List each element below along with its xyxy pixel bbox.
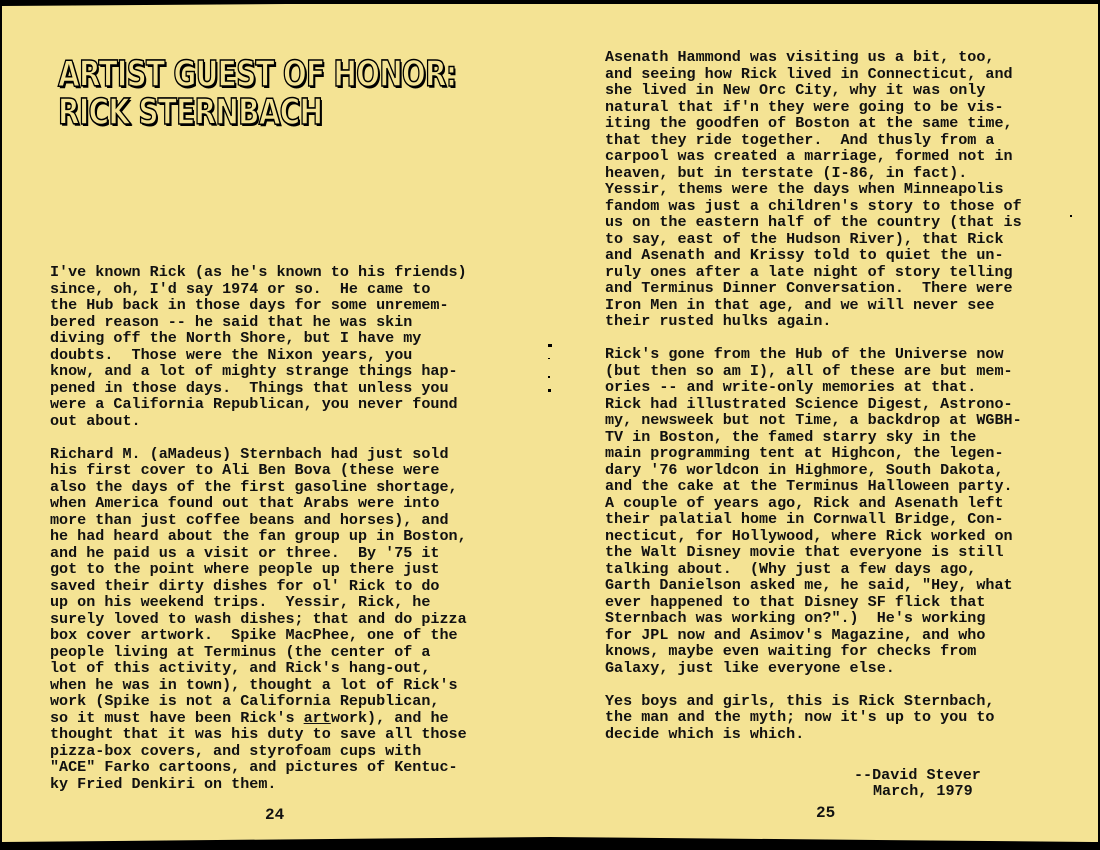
text-line: diving off the North Shore, but I have m… — [50, 330, 467, 347]
text-line: for JPL now and Asimov's Magazine, and w… — [605, 627, 1022, 644]
page-number-right: 25 — [816, 804, 835, 822]
text-line: Rick had illustrated Science Digest, Ast… — [605, 396, 1022, 413]
text-line: lot of this activity, and Rick's hang-ou… — [50, 660, 467, 677]
text-line: (but then so am I), all of these are but… — [605, 363, 1022, 380]
text-line: natural that if'n they were going to be … — [605, 99, 1022, 116]
text-line: Sternbach was working on?".) He's workin… — [605, 610, 1022, 627]
scanned-page-spread: ARTIST GUEST OF HONOR:RICK STERNBACH I'v… — [2, 4, 1098, 842]
text-line: Yessir, thems were the days when Minneap… — [605, 181, 1022, 198]
text-line: the Walt Disney movie that everyone is s… — [605, 544, 1022, 561]
text-line: more than just coffee beans and horses),… — [50, 512, 467, 529]
text-line: iting the goodfen of Boston at the same … — [605, 115, 1022, 132]
text-line: box cover artwork. Spike MacPhee, one of… — [50, 627, 467, 644]
article-title: ARTIST GUEST OF HONOR:RICK STERNBACH — [58, 56, 456, 132]
text-line: got to the point where people up there j… — [50, 561, 467, 578]
text-line: so it must have been Rick's artwork), an… — [50, 710, 467, 727]
text-line: the Hub back in those days for some unre… — [50, 297, 467, 314]
title-line-1: ARTIST GUEST OF HONOR: — [58, 56, 456, 94]
text-line: and Asenath and Krissy told to quiet the… — [605, 247, 1022, 264]
text-line: carpool was created a marriage, formed n… — [605, 148, 1022, 165]
text-line: pizza-box covers, and styrofoam cups wit… — [50, 743, 467, 760]
text-line: thought that it was his duty to save all… — [50, 726, 467, 743]
text-line: ories -- and write-only memories at that… — [605, 379, 1022, 396]
text-line: work (Spike is not a California Republic… — [50, 693, 467, 710]
text-line: out about. — [50, 413, 467, 430]
text-line: Rick's gone from the Hub of the Universe… — [605, 346, 1022, 363]
text-line: and the cake at the Terminus Halloween p… — [605, 478, 1022, 495]
text-line: Iron Men in that age, and we will never … — [605, 297, 1022, 314]
text-line: and he paid us a visit or three. By '75 … — [50, 545, 467, 562]
text-line: pened in those days. Things that unless … — [50, 380, 467, 397]
text-line: Garth Danielson asked me, he said, "Hey,… — [605, 577, 1022, 594]
text-line: dary '76 worldcon in Highmore, South Dak… — [605, 462, 1022, 479]
text-line: A couple of years ago, Rick and Asenath … — [605, 495, 1022, 512]
text-line: his first cover to Ali Ben Bova (these w… — [50, 462, 467, 479]
text-line: us on the eastern half of the country (t… — [605, 214, 1022, 231]
page-number-left: 24 — [265, 806, 284, 824]
gutter-mark — [548, 376, 550, 378]
text-line: my, newsweek but not Time, a backdrop at… — [605, 412, 1022, 429]
underlined-word: art — [304, 709, 331, 727]
right-paragraph: Asenath Hammond was visiting us a bit, t… — [605, 49, 1022, 330]
text-line: ruly ones after a late night of story te… — [605, 264, 1022, 281]
gutter-mark — [548, 344, 552, 347]
text-line: also the days of the first gasoline shor… — [50, 479, 467, 496]
text-line: up on his weekend trips. Yessir, Rick, h… — [50, 594, 467, 611]
text-line: heaven, but in terstate (I-86, in fact). — [605, 165, 1022, 182]
text-line: TV in Boston, the famed starry sky in th… — [605, 429, 1022, 446]
text-line: Galaxy, just like everyone else. — [605, 660, 1022, 677]
text-line: Asenath Hammond was visiting us a bit, t… — [605, 49, 1022, 66]
text-line: were a California Republican, you never … — [50, 396, 467, 413]
text-line: decide which is which. — [605, 726, 1022, 743]
text-line: "ACE" Farko cartoons, and pictures of Ke… — [50, 759, 467, 776]
left-page-body: I've known Rick (as he's known to his fr… — [50, 264, 467, 809]
text-line: people living at Terminus (the center of… — [50, 644, 467, 661]
text-line: surely loved to wash dishes; that and do… — [50, 611, 467, 628]
text-line: and Terminus Dinner Conversation. There … — [605, 280, 1022, 297]
text-line: and seeing how Rick lived in Connecticut… — [605, 66, 1022, 83]
gutter-mark — [548, 389, 551, 392]
text-line: necticut, for Hollywood, where Rick work… — [605, 528, 1022, 545]
right-paragraph: Rick's gone from the Hub of the Universe… — [605, 346, 1022, 676]
text-line: knows, maybe even waiting for checks fro… — [605, 643, 1022, 660]
text-line: bered reason -- he said that he was skin — [50, 314, 467, 331]
text-line: to say, east of the Hudson River), that … — [605, 231, 1022, 248]
text-line: talking about. (Why just a few days ago, — [605, 561, 1022, 578]
text-line: their palatial home in Cornwall Bridge, … — [605, 511, 1022, 528]
text-line: fandom was just a children's story to th… — [605, 198, 1022, 215]
text-line: when he was in town), thought a lot of R… — [50, 677, 467, 694]
right-paragraph: Yes boys and girls, this is Rick Sternba… — [605, 693, 1022, 743]
text-line: their rusted hulks again. — [605, 313, 1022, 330]
text-line: Richard M. (aMadeus) Sternbach had just … — [50, 446, 467, 463]
left-paragraph: Richard M. (aMadeus) Sternbach had just … — [50, 446, 467, 793]
text-line: I've known Rick (as he's known to his fr… — [50, 264, 467, 281]
text-line: doubts. Those were the Nixon years, you — [50, 347, 467, 364]
text-line: since, oh, I'd say 1974 or so. He came t… — [50, 281, 467, 298]
text-line: Yes boys and girls, this is Rick Sternba… — [605, 693, 1022, 710]
text-line: that they ride together. And thusly from… — [605, 132, 1022, 149]
margin-speck — [1070, 215, 1072, 217]
text-line: ever happened to that Disney SF flick th… — [605, 594, 1022, 611]
text-line: main programming tent at Highcon, the le… — [605, 445, 1022, 462]
gutter-mark — [548, 358, 550, 359]
text-line: know, and a lot of mighty strange things… — [50, 363, 467, 380]
text-line: she lived in New Orc City, why it was on… — [605, 82, 1022, 99]
text-line: when America found out that Arabs were i… — [50, 495, 467, 512]
text-line: he had heard about the fan group up in B… — [50, 528, 467, 545]
title-line-2: RICK STERNBACH — [58, 94, 456, 132]
text-line: saved their dirty dishes for ol' Rick to… — [50, 578, 467, 595]
right-page-body: Asenath Hammond was visiting us a bit, t… — [605, 49, 1022, 759]
text-line: ky Fried Denkiri on them. — [50, 776, 467, 793]
signature-date: March, 1979 — [873, 783, 973, 800]
text-line: the man and the myth; now it's up to you… — [605, 709, 1022, 726]
left-paragraph: I've known Rick (as he's known to his fr… — [50, 264, 467, 429]
